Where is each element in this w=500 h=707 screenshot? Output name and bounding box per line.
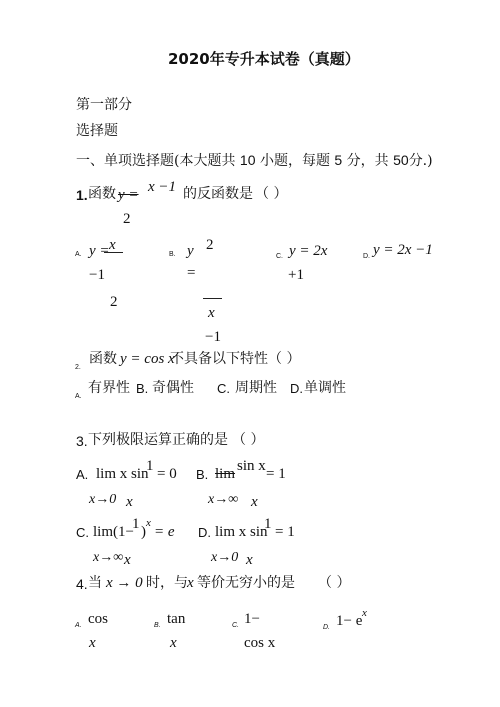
option-d-rhs: = 1	[275, 525, 295, 540]
q3-stem: 下列极限运算正确的是	[88, 433, 228, 447]
option-b-eq: =	[187, 266, 195, 281]
q4-answer-paren: （ ）	[318, 576, 350, 590]
option-label: C.	[276, 253, 283, 260]
option-label: A.	[76, 468, 88, 481]
option-b-top: tan	[167, 612, 185, 627]
option-b-num: sin x	[237, 459, 266, 474]
option-label: B.	[169, 251, 176, 258]
q2-option-a[interactable]: 有界性	[88, 381, 130, 395]
option-a-two: 2	[110, 295, 118, 310]
option-b-main: lim	[215, 467, 235, 482]
option-c-bot: cos x	[244, 636, 275, 651]
points-each: 5	[334, 152, 342, 168]
option-c-den: x	[124, 553, 131, 568]
option-d-exp: x	[362, 608, 367, 619]
fraction-bar	[203, 298, 222, 299]
q2-expr: y = cos x	[120, 352, 175, 367]
q2-option-c-label: C.	[217, 382, 230, 395]
q1-stem-a: 函数	[88, 187, 116, 201]
option-a-main: lim x sin	[96, 467, 149, 482]
option-b-den: x	[251, 495, 258, 510]
option-a-sub: x→0	[89, 493, 116, 507]
option-a-bot: x	[89, 636, 96, 651]
q1-number: 1.	[76, 188, 88, 202]
page-title: 2020年专升本试卷（真题）	[168, 52, 360, 67]
option-b-two: 2	[206, 238, 214, 253]
option-a-den: x	[126, 495, 133, 510]
option-d-main: lim x sin	[215, 525, 268, 540]
q4-stem-b: 时，与	[146, 576, 188, 590]
q1-y-eq: y =	[118, 188, 139, 203]
instructions-prefix: 一、单项选择题(本大题共	[76, 153, 235, 169]
option-label: A.	[75, 251, 82, 258]
option-d-den: x	[246, 553, 253, 568]
option-a-x: x	[109, 238, 116, 253]
option-c-main: lim(1−	[93, 525, 134, 540]
option-label: D.	[198, 526, 211, 539]
option-label: C.	[76, 526, 89, 539]
option-c-top: 1−	[244, 612, 260, 627]
q4-var: x	[187, 576, 194, 591]
q4-stem-a: 当	[88, 576, 102, 590]
question-count: 10	[240, 152, 256, 168]
q1-answer-paren: （ ）	[255, 187, 287, 201]
option-b-sub: x→∞	[208, 493, 238, 507]
q2-option-c[interactable]: 周期性	[235, 381, 277, 395]
option-c-rhs: = e	[154, 525, 175, 540]
q2-option-a-label: A.	[75, 393, 82, 400]
option-b-y: y	[187, 244, 194, 259]
instructions-mid1: 小题，每题	[260, 153, 330, 169]
instructions-mid2: 分，共	[347, 153, 389, 169]
option-label: D.	[323, 624, 330, 631]
option-d-sup: 1	[264, 517, 272, 532]
option-b-bot: x	[170, 636, 177, 651]
option-a-sup: 1	[146, 459, 154, 474]
option-a-minus1: −1	[89, 268, 105, 283]
points-total: 50	[393, 152, 409, 168]
option-label: D.	[363, 253, 370, 260]
option-c-exp: x	[146, 518, 151, 529]
q3-number: 3.	[76, 434, 88, 448]
instructions-suffix: 分.)	[409, 153, 433, 169]
option-label: C.	[232, 622, 239, 629]
q4-number: 4.	[76, 577, 88, 591]
option-c-sup: 1	[132, 517, 140, 532]
fraction-bar	[104, 252, 123, 253]
q2-stem-a: 函数	[89, 352, 117, 366]
q2-stem-b: 不具备以下特性（ ）	[170, 352, 300, 366]
subsection-heading: 选择题	[76, 124, 118, 138]
option-a-top: cos	[88, 612, 108, 627]
q2-option-b-label: B.	[136, 382, 148, 395]
option-b-x: x	[208, 306, 215, 321]
option-c-expr: y = 2x	[289, 244, 327, 259]
option-c-sub: x→∞	[93, 551, 123, 565]
option-a-rhs: = 0	[157, 467, 177, 482]
instructions: 一、单项选择题(本大题共 10 小题，每题 5 分，共 50分.)	[76, 153, 433, 168]
q1-denominator: 2	[123, 212, 131, 227]
option-d-sub: x→0	[211, 551, 238, 565]
q1-numerator: x −1	[148, 180, 176, 195]
q4-stem-c: 等价无穷小的是	[197, 576, 295, 590]
option-d-expr: y = 2x −1	[373, 243, 433, 258]
option-label: A.	[75, 622, 82, 629]
q4-condition: x → 0	[106, 576, 143, 591]
q2-number: 2.	[75, 364, 81, 371]
q2-option-d[interactable]: 单调性	[304, 381, 346, 395]
option-c-plus1: +1	[288, 268, 304, 283]
q1-stem-b: 的反函数是	[183, 187, 253, 201]
q2-option-d-label: D.	[290, 382, 303, 395]
option-label: B.	[196, 468, 208, 481]
q3-answer-paren: （ ）	[232, 433, 264, 447]
option-b-minus1: −1	[205, 330, 221, 345]
option-d-base: 1− e	[336, 614, 362, 629]
option-label: B.	[154, 622, 161, 629]
q2-option-b[interactable]: 奇偶性	[152, 381, 194, 395]
option-b-rhs: = 1	[266, 467, 286, 482]
section-heading: 第一部分	[76, 98, 132, 112]
